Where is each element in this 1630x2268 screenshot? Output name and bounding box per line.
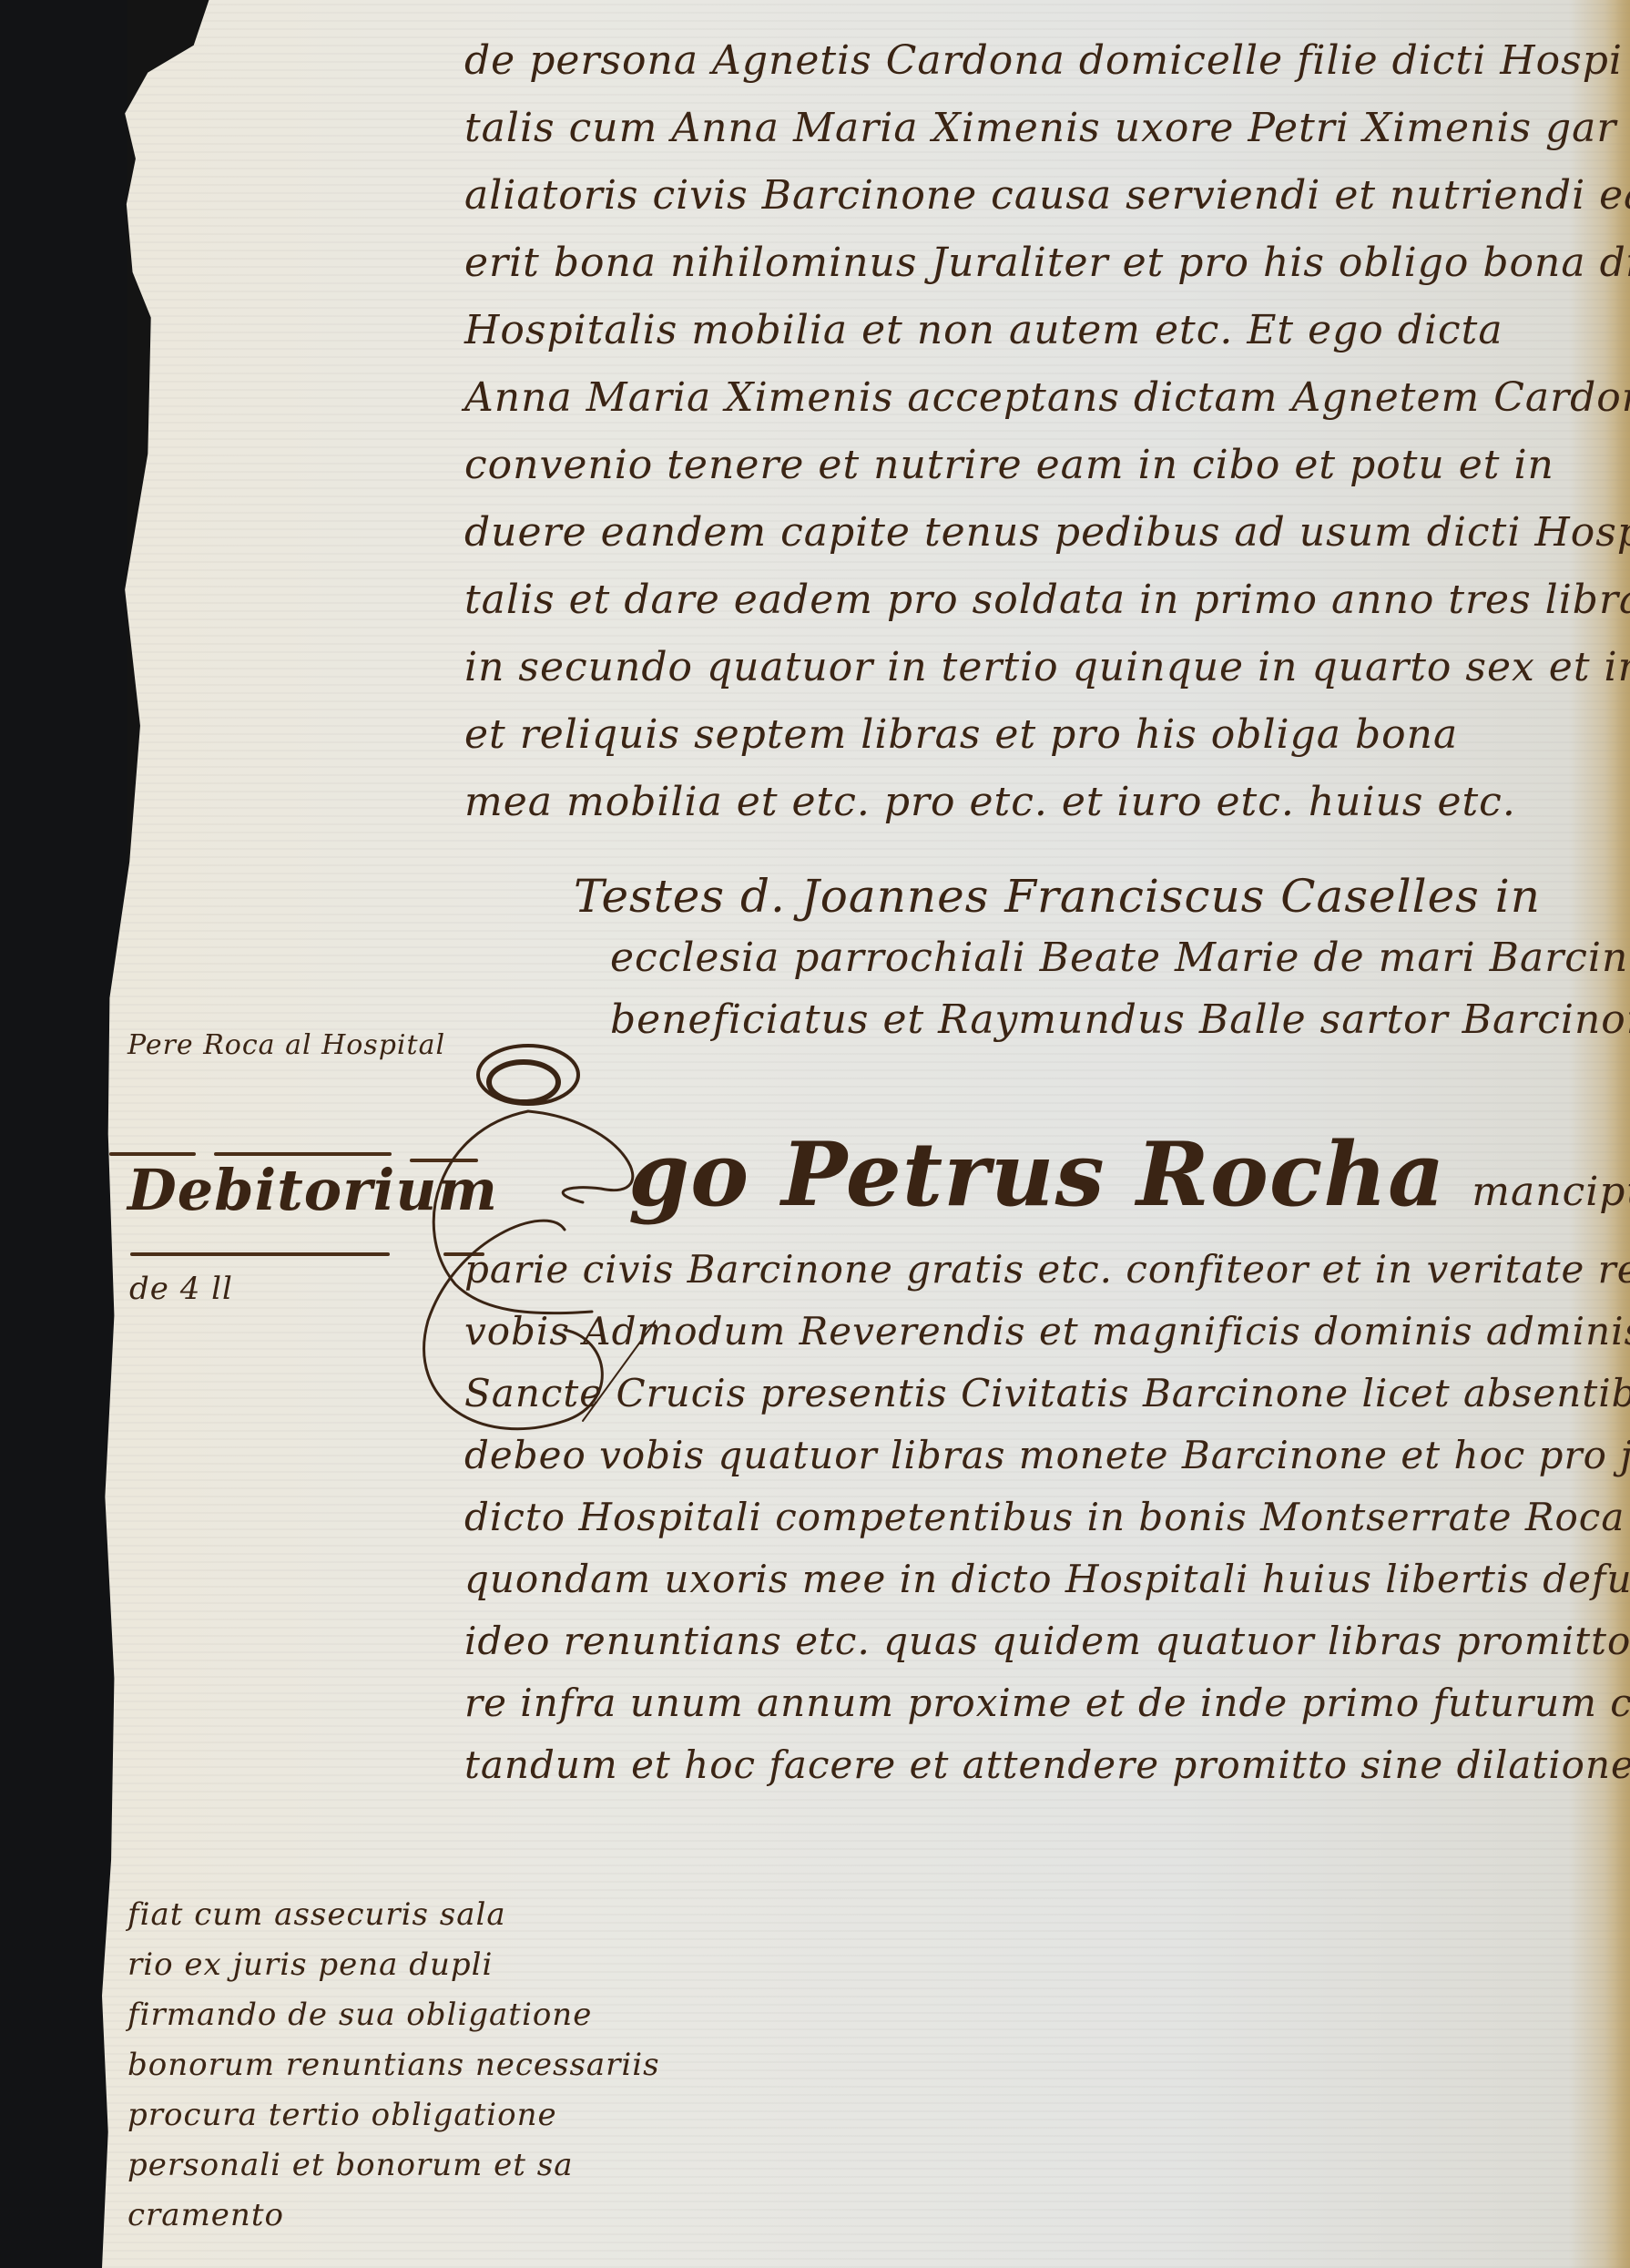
text-line: debeo vobis quatuor libras monete Barcin… — [464, 1425, 1603, 1486]
margin-line: fiat cum assecuris sala — [127, 1890, 660, 1940]
section-number: de 4 ll — [129, 1271, 233, 1307]
witness-line: ecclesia parrochiali Beate Marie de mari… — [574, 927, 1630, 989]
text-line: de persona Agnetis Cardona domicelle fil… — [464, 27, 1584, 95]
top-entry-text: de persona Agnetis Cardona domicelle fil… — [464, 27, 1584, 836]
witnesses-block: Testes d. Joannes Franciscus Caselles in… — [574, 865, 1630, 1051]
entry-heading: go Petrus Rocha mancipus vi — [464, 1111, 1603, 1239]
heading-name: Petrus Rocha — [781, 1123, 1445, 1226]
text-line: duere eandem capite tenus pedibus ad usu… — [464, 499, 1584, 567]
margin-line: procura tertio obligatione — [127, 2090, 660, 2140]
margin-note-bottom: fiat cum assecuris sala rio ex juris pen… — [127, 1890, 660, 2241]
debt-entry: go Petrus Rocha mancipus vi parie civis … — [464, 1111, 1603, 1796]
heading-first-word: go — [628, 1123, 749, 1226]
heading-rest: mancipus vi — [1472, 1169, 1630, 1215]
text-line: in secundo quatuor in tertio quinque in … — [464, 634, 1584, 701]
text-line: parie civis Barcinone gratis etc. confit… — [464, 1239, 1603, 1301]
text-line: talis cum Anna Maria Ximenis uxore Petri… — [464, 95, 1584, 162]
text-line: convenio tenere et nutrire eam in cibo e… — [464, 432, 1584, 499]
witness-line: beneficiatus et Raymundus Balle sartor B… — [574, 989, 1630, 1051]
text-line: tandum et hoc facere et attendere promit… — [464, 1734, 1603, 1796]
margin-rule-top-left — [109, 1152, 196, 1156]
witness-line: Testes d. Joannes Franciscus Caselles in — [574, 865, 1630, 927]
margin-line: bonorum renuntians necessariis — [127, 2040, 660, 2090]
margin-line: cramento — [127, 2191, 660, 2241]
margin-note-pere-roca: Pere Roca al Hospital — [127, 1029, 445, 1061]
margin-line: firmando de sua obligatione — [127, 1990, 660, 2040]
text-line: quondam uxoris mee in dicto Hospitali hu… — [464, 1548, 1603, 1610]
text-line: Hospitalis mobilia et non autem etc. Et … — [464, 297, 1584, 364]
text-line: aliatoris civis Barcinone causa serviend… — [464, 162, 1584, 230]
text-line: Anna Maria Ximenis acceptans dictam Agne… — [464, 364, 1584, 432]
text-line: talis et dare eadem pro soldata in primo… — [464, 567, 1584, 634]
margin-line: rio ex juris pena dupli — [127, 1940, 660, 1990]
text-line: Sancte Crucis presentis Civitatis Barcin… — [464, 1363, 1603, 1425]
text-line: re infra unum annum proxime et de inde p… — [464, 1672, 1603, 1734]
margin-line: personali et bonorum et sa — [127, 2140, 660, 2191]
text-line: ideo renuntians etc. quas quidem quatuor… — [464, 1610, 1603, 1672]
text-line: mea mobilia et etc. pro etc. et iuro etc… — [464, 769, 1584, 836]
text-line: erit bona nihilominus Juraliter et pro h… — [464, 230, 1584, 297]
margin-rule-top-right — [214, 1152, 392, 1156]
text-line: dicto Hospitali competentibus in bonis M… — [464, 1486, 1603, 1548]
text-line: vobis Admodum Reverendis et magnificis d… — [464, 1301, 1603, 1363]
margin-rule-bottom — [130, 1252, 390, 1256]
text-line: et reliquis septem libras et pro his obl… — [464, 701, 1584, 769]
